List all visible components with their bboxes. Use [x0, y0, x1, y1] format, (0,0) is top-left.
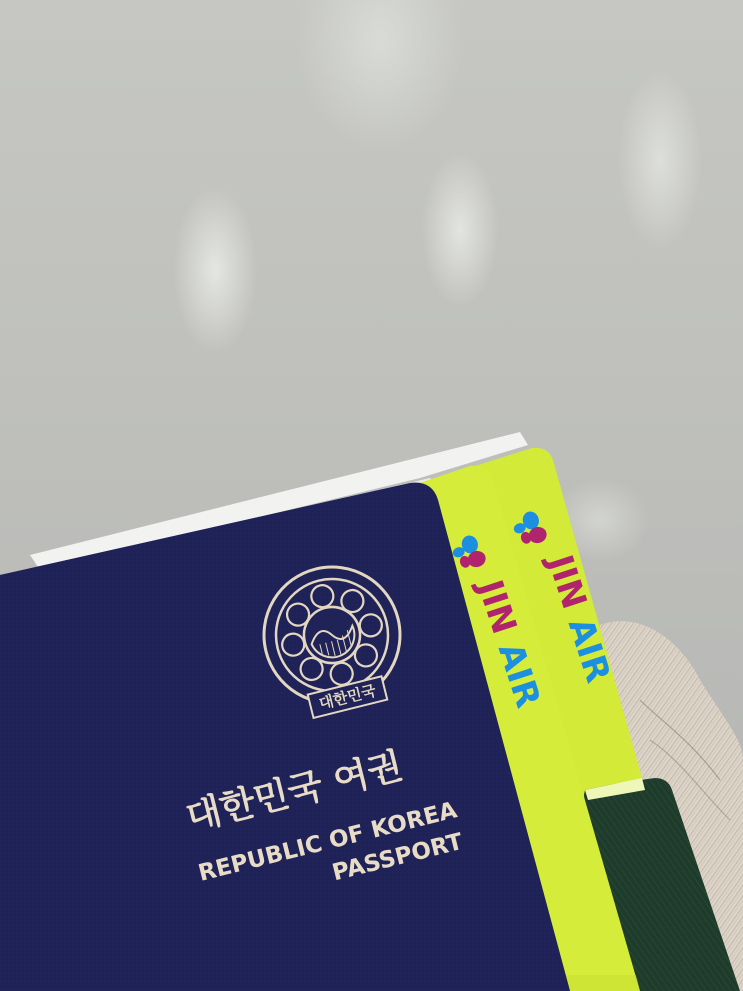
photo-scene: JIN AIR JIN AIR — [0, 0, 743, 991]
fabric-sleeve: JIN AIR JIN AIR — [0, 0, 743, 991]
